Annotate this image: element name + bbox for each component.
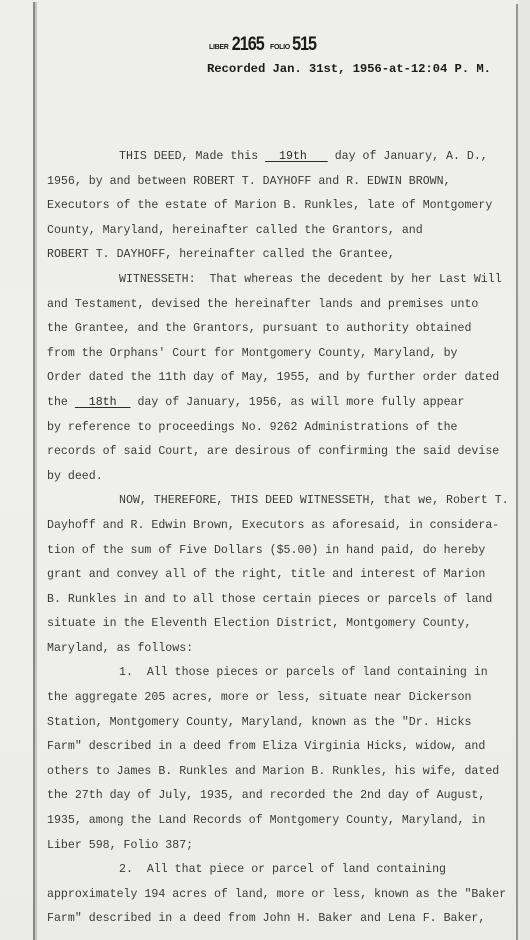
deed-line-text: County, Maryland, hereinafter called the… [47, 224, 423, 237]
deed-line-text: and Testament, devised the hereinafter l… [47, 298, 478, 311]
deed-line: 2. All that piece or parcel of land cont… [47, 858, 517, 883]
deed-line-text: NOW, THEREFORE, THIS DEED WITNESSETH, th… [119, 494, 509, 507]
deed-line-text: by reference to proceedings No. 9262 Adm… [47, 421, 458, 434]
liber-folio-stamp: LIBER2165 FOLIO515 [209, 34, 318, 56]
deed-line: Farm" described in a deed from Eliza Vir… [47, 735, 517, 760]
deed-line: from the Orphans' Court for Montgomery C… [47, 342, 517, 367]
deed-line: by deed. [47, 465, 517, 490]
deed-line: records of said Court, are desirous of c… [47, 440, 517, 465]
deed-line-text: 1935, among the Land Records of Montgome… [47, 814, 485, 827]
deed-line: Dayhoff and R. Edwin Brown, Executors as… [47, 514, 517, 539]
deed-line-text: the Grantee, and the Grantors, pursuant … [47, 322, 471, 335]
deed-line-text: Executors of the estate of Marion B. Run… [47, 199, 492, 212]
folio-number: 515 [292, 34, 316, 56]
deed-line-text: by deed. [47, 470, 103, 483]
deed-line-text: Order dated the 11th day of May, 1955, a… [47, 371, 499, 384]
recorded-date: Recorded Jan. 31st, 1956-at-12:04 P. M. [207, 62, 491, 76]
deed-line-text: the [47, 396, 75, 409]
deed-line-text: the aggregate 205 acres, more or less, s… [47, 691, 471, 704]
deed-line-text: grant and convey all of the right, title… [47, 568, 485, 581]
deed-line: Liber 598, Folio 387; [47, 834, 517, 859]
deed-line: ROBERT T. DAYHOFF, hereinafter called th… [47, 243, 517, 268]
left-margin-rule [33, 2, 35, 940]
deed-body: THIS DEED, Made this 19th day of January… [47, 145, 517, 932]
deed-line: 1935, among the Land Records of Montgome… [47, 809, 517, 834]
deed-line: others to James B. Runkles and Marion B.… [47, 760, 517, 785]
deed-line-text-after: day of January, A. D., [328, 150, 488, 163]
deed-line-text: others to James B. Runkles and Marion B.… [47, 765, 499, 778]
deed-line-text: B. Runkles in and to all those certain p… [47, 593, 492, 606]
deed-line: 1956, by and between ROBERT T. DAYHOFF a… [47, 170, 517, 195]
deed-line: approximately 194 acres of land, more or… [47, 883, 517, 908]
deed-line: the aggregate 205 acres, more or less, s… [47, 686, 517, 711]
deed-line: the 18th day of January, 1956, as will m… [47, 391, 517, 416]
liber-label: LIBER [209, 44, 229, 51]
deed-line-text: 1956, by and between ROBERT T. DAYHOFF a… [47, 175, 451, 188]
deed-line: County, Maryland, hereinafter called the… [47, 219, 517, 244]
deed-line-text: Dayhoff and R. Edwin Brown, Executors as… [47, 519, 499, 532]
deed-line-text: 2. All that piece or parcel of land cont… [119, 863, 446, 876]
deed-line-text: 1. All those pieces or parcels of land c… [119, 666, 488, 679]
deed-line: WITNESSETH: That whereas the decedent by… [47, 268, 517, 293]
liber-number: 2165 [231, 34, 263, 56]
deed-line-text: ROBERT T. DAYHOFF, hereinafter called th… [47, 248, 395, 261]
deed-line-text: Liber 598, Folio 387; [47, 839, 193, 852]
deed-line: NOW, THEREFORE, THIS DEED WITNESSETH, th… [47, 489, 517, 514]
deed-line: B. Runkles in and to all those certain p… [47, 588, 517, 613]
deed-line-text: Maryland, as follows: [47, 642, 193, 655]
deed-line-text: Farm" described in a deed from Eliza Vir… [47, 740, 485, 753]
deed-line-text: approximately 194 acres of land, more or… [47, 888, 506, 901]
deed-line-text: WITNESSETH: That whereas the decedent by… [119, 273, 502, 286]
deed-line: THIS DEED, Made this 19th day of January… [47, 145, 517, 170]
deed-line: by reference to proceedings No. 9262 Adm… [47, 416, 517, 441]
deed-line-text: Station, Montgomery County, Maryland, kn… [47, 716, 471, 729]
deed-line-text: from the Orphans' Court for Montgomery C… [47, 347, 458, 360]
deed-line: tion of the sum of Five Dollars ($5.00) … [47, 539, 517, 564]
deed-line-text: situate in the Eleventh Election Distric… [47, 617, 471, 630]
deed-line: Farm" described in a deed from John H. B… [47, 907, 517, 932]
deed-line-text: THIS DEED, Made this [119, 150, 265, 163]
deed-line: Maryland, as follows: [47, 637, 517, 662]
deed-line-text: Farm" described in a deed from John H. B… [47, 912, 485, 925]
deed-line: 1. All those pieces or parcels of land c… [47, 661, 517, 686]
deed-line: Station, Montgomery County, Maryland, kn… [47, 711, 517, 736]
deed-line-text: records of said Court, are desirous of c… [47, 445, 499, 458]
deed-line-text: tion of the sum of Five Dollars ($5.00) … [47, 544, 485, 557]
deed-page: LIBER2165 FOLIO515 Recorded Jan. 31st, 1… [0, 0, 530, 940]
deed-line: grant and convey all of the right, title… [47, 563, 517, 588]
deed-line: Order dated the 11th day of May, 1955, a… [47, 366, 517, 391]
folio-label: FOLIO [270, 44, 290, 51]
page-edge [518, 0, 530, 940]
deed-line: and Testament, devised the hereinafter l… [47, 293, 517, 318]
deed-line-text-after: day of January, 1956, as will more fully… [131, 396, 465, 409]
deed-line: the 27th day of July, 1935, and recorded… [47, 784, 517, 809]
deed-line: Executors of the estate of Marion B. Run… [47, 194, 517, 219]
deed-line-text: the 27th day of July, 1935, and recorded… [47, 789, 485, 802]
deed-line: situate in the Eleventh Election Distric… [47, 612, 517, 637]
deed-line: the Grantee, and the Grantors, pursuant … [47, 317, 517, 342]
filled-blank: 18th [75, 396, 131, 409]
filled-blank: 19th [265, 150, 328, 163]
